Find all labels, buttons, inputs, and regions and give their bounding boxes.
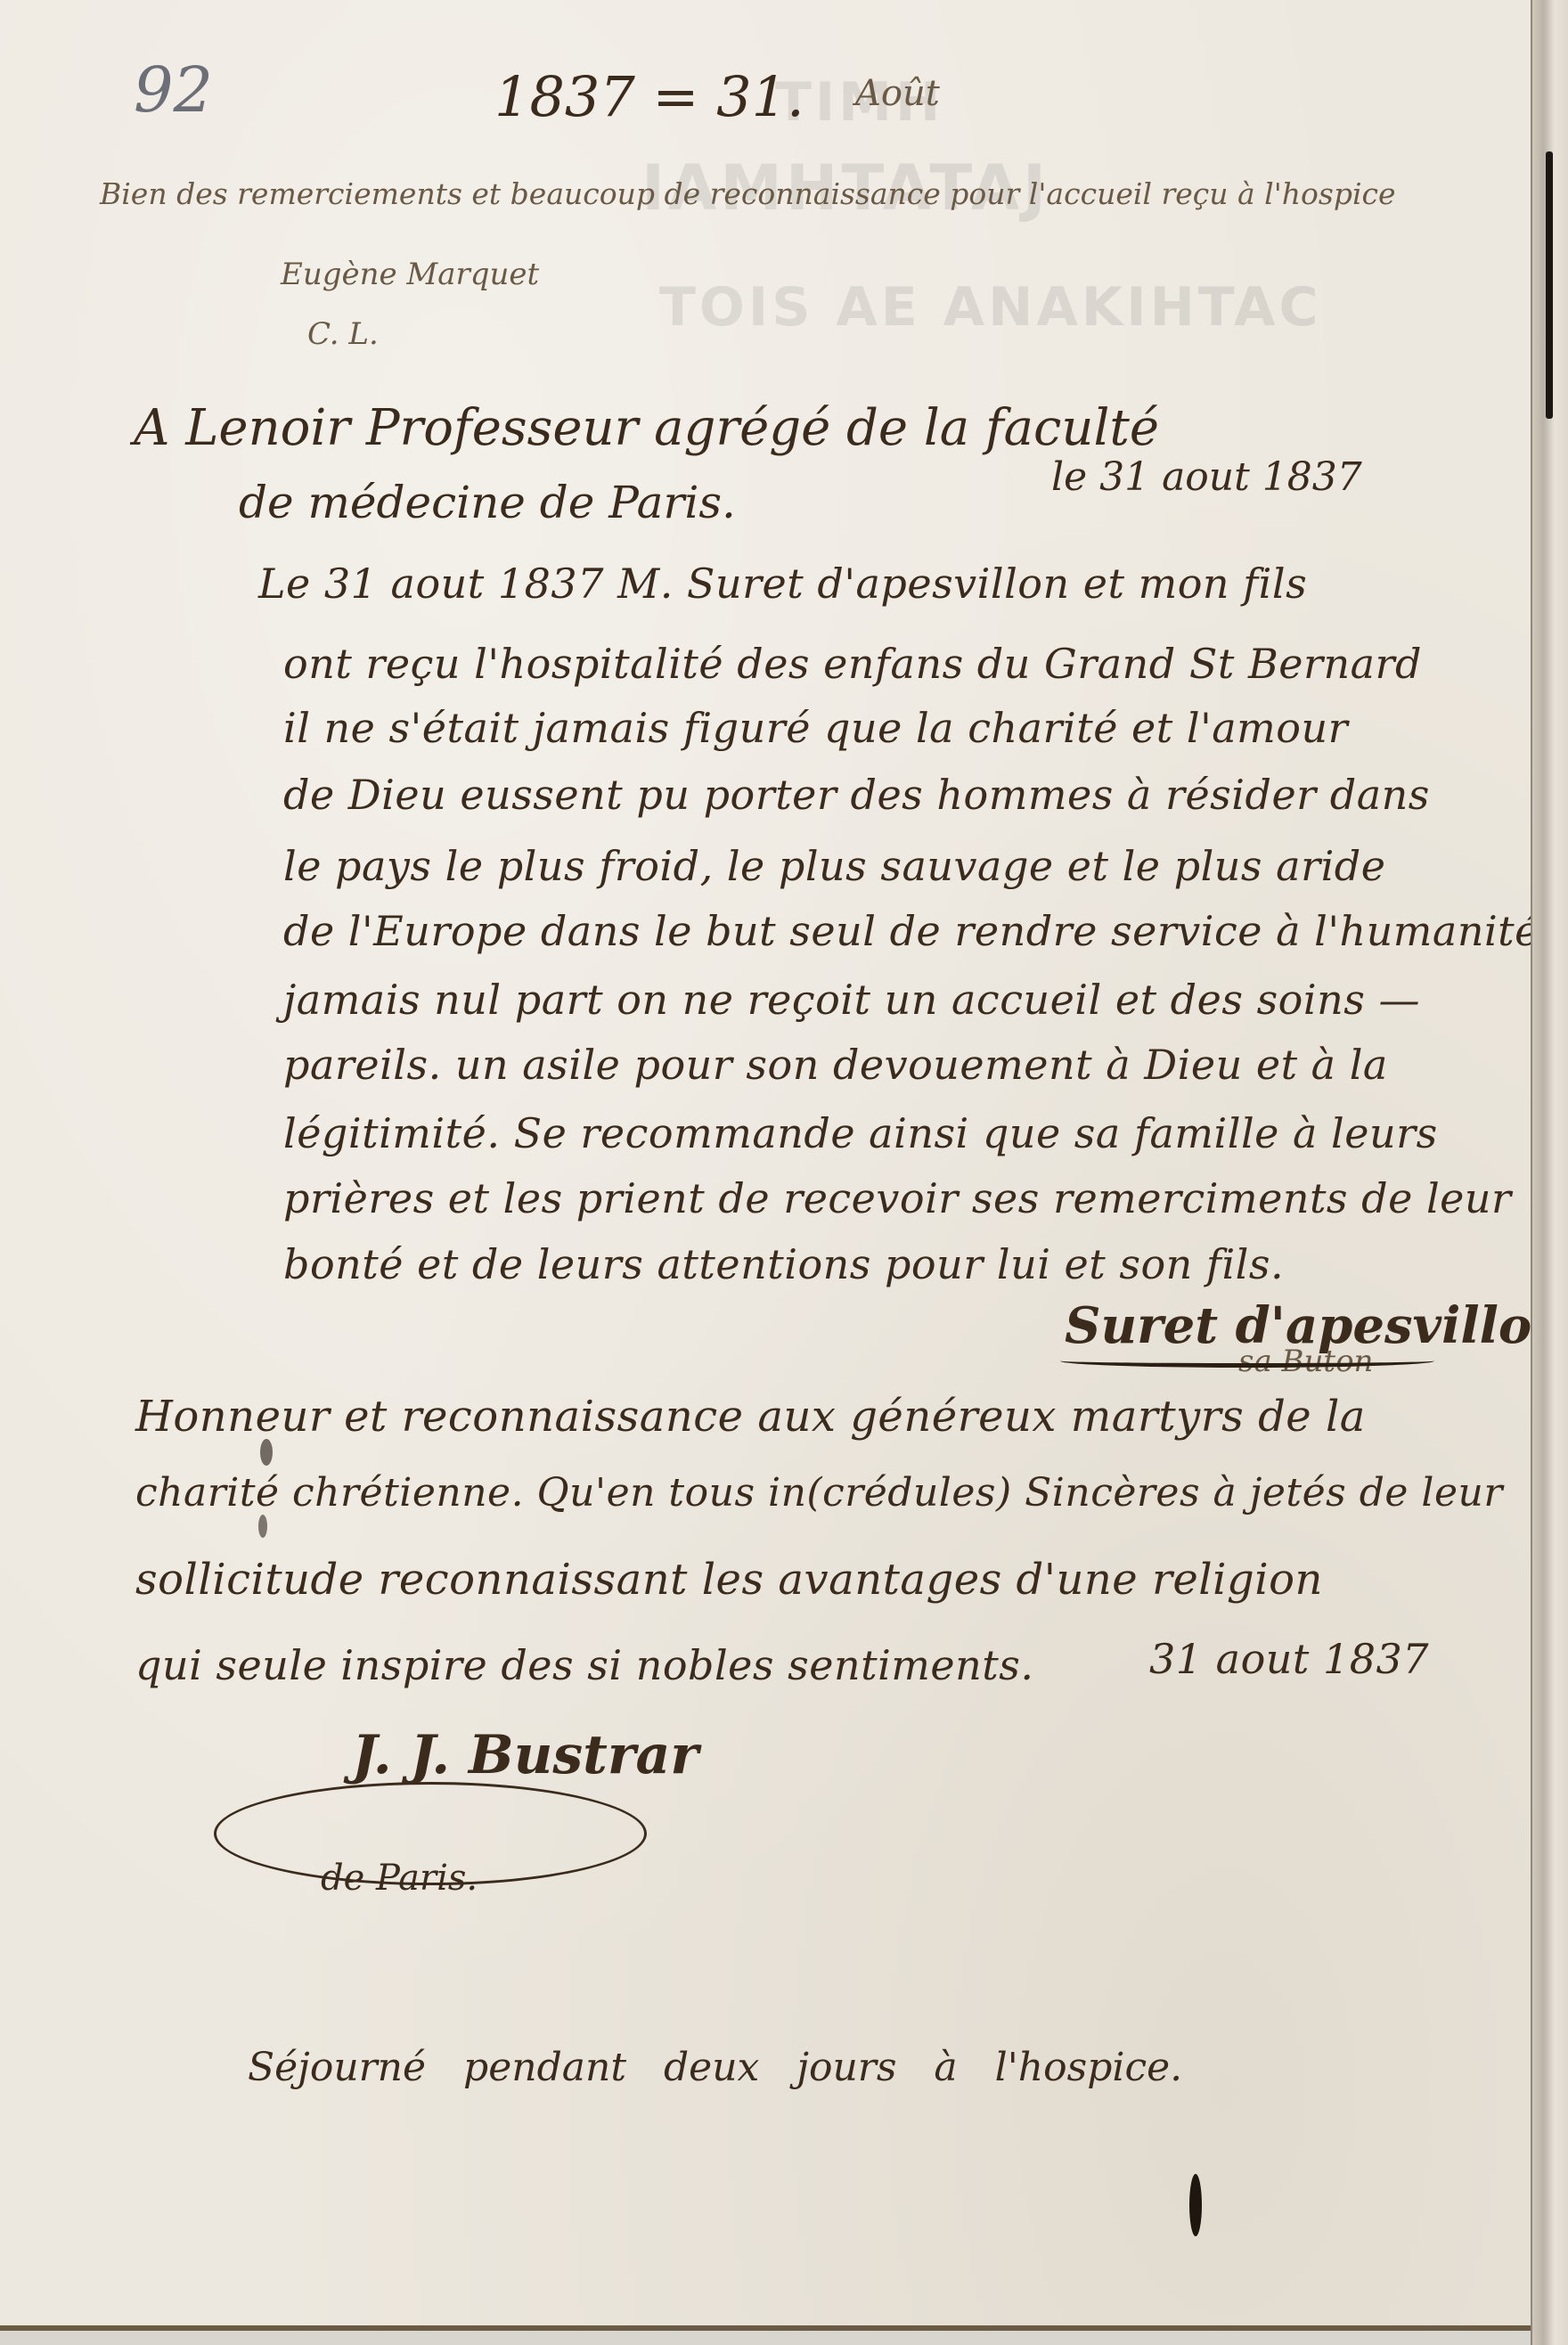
header-date: 1837 = 31. xyxy=(494,64,804,129)
entry-text-line: ont reçu l'hospitalité des enfans du Gra… xyxy=(283,640,1422,688)
entry-text-line: sollicitude reconnaissant les avantages … xyxy=(135,1555,1323,1605)
ink-blot xyxy=(260,1439,273,1466)
entry-text-line: Séjourné pendant deux jours à l'hospice. xyxy=(248,2045,1182,2090)
entry-heading-date: le 31 aout 1837 xyxy=(1051,454,1362,500)
entry-text-line: de l'Europe dans le but seul de rendre s… xyxy=(283,907,1539,955)
entry-text-line: il ne s'était jamais figuré que la chari… xyxy=(283,704,1348,752)
entry-signature: J. J. Bustrar xyxy=(352,1724,698,1786)
entry-text-line: légitimité. Se recommande ainsi que sa f… xyxy=(283,1109,1438,1157)
entry-text-line: Bien des remerciements et beaucoup de re… xyxy=(100,176,1396,211)
entry-text-line: Le 31 aout 1837 M. Suret d'apesvillon et… xyxy=(258,560,1307,608)
page-number: 92 xyxy=(134,53,213,127)
entry-signature-place: de Paris. xyxy=(321,1858,478,1899)
header-month: Août xyxy=(855,73,940,114)
show-through-text: TOIS AE ANAKIHTAC xyxy=(659,276,1322,339)
entry-text-line: prières et les prient de recevoir ses re… xyxy=(283,1174,1512,1222)
spine-tear xyxy=(1546,151,1553,419)
manuscript-page: TIMH IAMHTATAJ TOIS AE ANAKIHTAC 92 1837… xyxy=(0,0,1531,2331)
entry-text-line: charité chrétienne. Qu'en tous in(crédul… xyxy=(135,1470,1503,1516)
entry-text-line: pareils. un asile pour son devouement à … xyxy=(283,1041,1388,1089)
entry-text-line: le pays le plus froid, le plus sauvage e… xyxy=(283,842,1385,890)
signature-flourish xyxy=(1060,1354,1434,1368)
entry-heading-line: de médecine de Paris. xyxy=(239,477,736,528)
entry-text-line: qui seule inspire des si nobles sentimen… xyxy=(135,1641,1033,1689)
entry-date: 31 aout 1837 xyxy=(1149,1635,1429,1683)
entry-heading-line: A Lenoir Professeur agrégé de la faculté xyxy=(134,399,1159,457)
ink-blot xyxy=(258,1515,267,1538)
ink-blot xyxy=(1189,2174,1202,2236)
entry-text-line: de Dieu eussent pu porter des hommes à r… xyxy=(283,771,1430,819)
entry-signature: Eugène Marquet xyxy=(281,257,539,292)
entry-text-line: bonté et de leurs attentions pour lui et… xyxy=(283,1240,1284,1288)
entry-signature-initials: C. L. xyxy=(307,316,379,352)
entry-text-line: Honneur et reconnaissance aux généreux m… xyxy=(135,1392,1366,1442)
entry-text-line: jamais nul part on ne reçoit un accueil … xyxy=(283,976,1420,1024)
